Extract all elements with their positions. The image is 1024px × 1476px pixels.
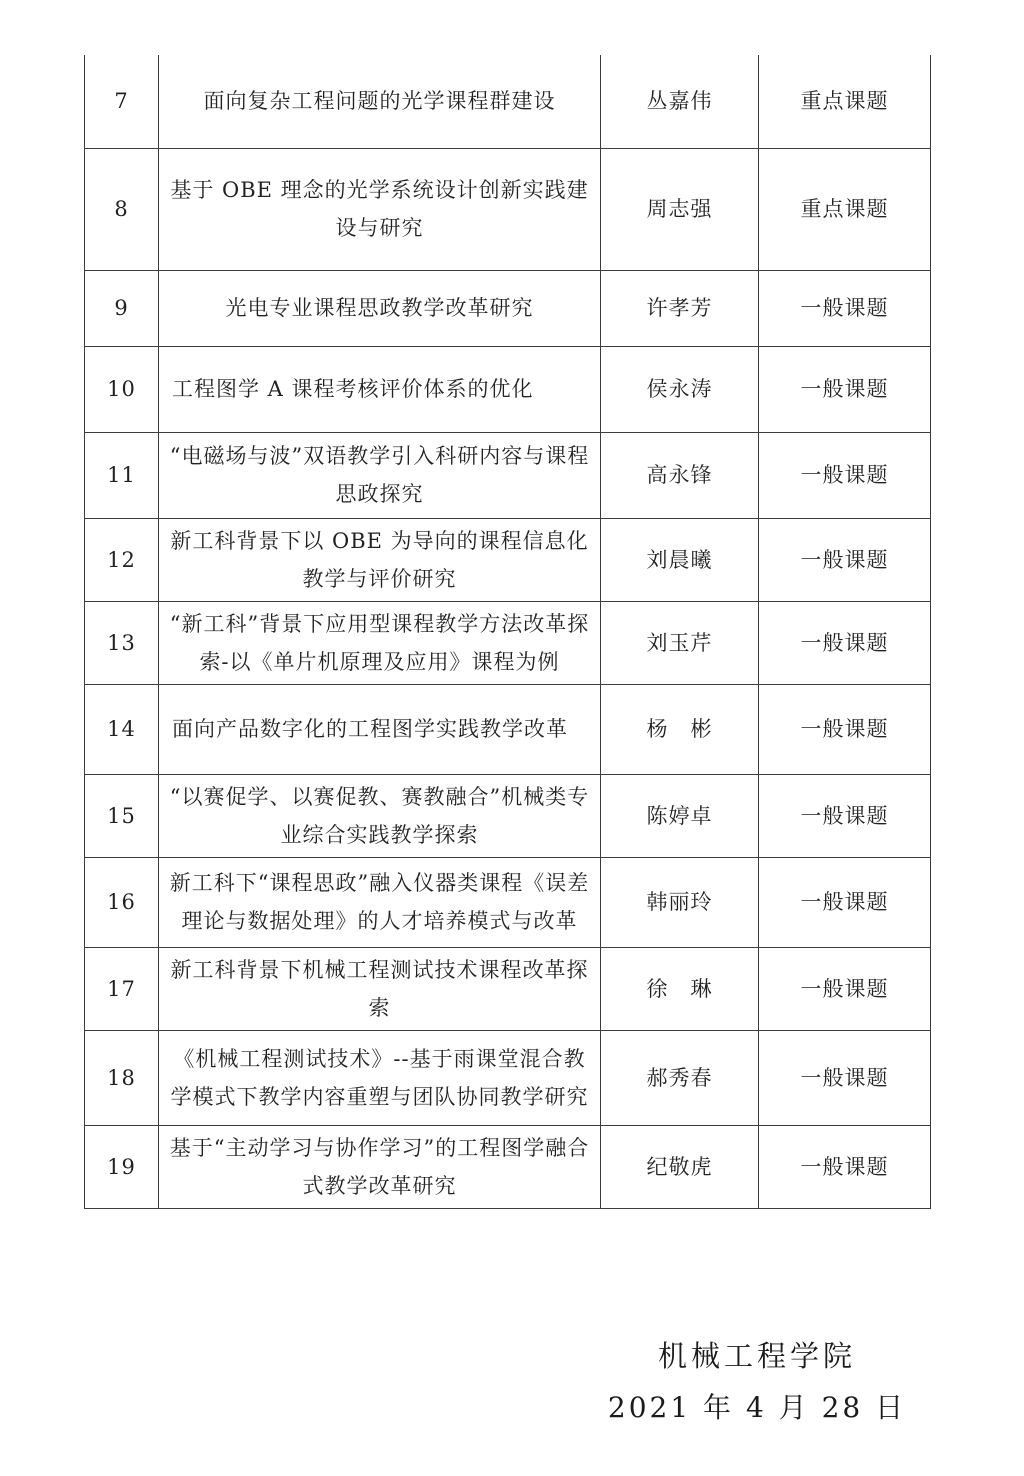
row-number: 7 bbox=[85, 55, 159, 148]
leader-name: 刘晨曦 bbox=[601, 518, 759, 601]
project-title: 光电专业课程思政教学改革研究 bbox=[159, 270, 601, 346]
leader-name: 徐 琳 bbox=[601, 947, 759, 1030]
table-row: 12新工科背景下以 OBE 为导向的课程信息化教学与评价研究刘晨曦一般课题 bbox=[85, 518, 931, 601]
category-label: 一般课题 bbox=[759, 432, 931, 518]
row-number: 8 bbox=[85, 148, 159, 270]
leader-name: 许孝芳 bbox=[601, 270, 759, 346]
table-row: 14面向产品数字化的工程图学实践教学改革杨 彬一般课题 bbox=[85, 684, 931, 774]
leader-name: 周志强 bbox=[601, 148, 759, 270]
project-title: 《机械工程测试技术》--基于雨课堂混合教学模式下教学内容重塑与团队协同教学研究 bbox=[159, 1030, 601, 1125]
table-row: 13“新工科”背景下应用型课程教学方法改革探索-以《单片机原理及应用》课程为例刘… bbox=[85, 601, 931, 684]
row-number: 18 bbox=[85, 1030, 159, 1125]
row-number: 19 bbox=[85, 1125, 159, 1208]
leader-name: 杨 彬 bbox=[601, 684, 759, 774]
projects-table: 7面向复杂工程问题的光学课程群建设丛嘉伟重点课题8基于 OBE 理念的光学系统设… bbox=[84, 55, 931, 1209]
category-label: 一般课题 bbox=[759, 1125, 931, 1208]
row-number: 10 bbox=[85, 346, 159, 432]
project-title: “电磁场与波”双语教学引入科研内容与课程思政探究 bbox=[159, 432, 601, 518]
table-row: 18《机械工程测试技术》--基于雨课堂混合教学模式下教学内容重塑与团队协同教学研… bbox=[85, 1030, 931, 1125]
row-number: 15 bbox=[85, 774, 159, 857]
project-title: 面向复杂工程问题的光学课程群建设 bbox=[159, 55, 601, 148]
table-row: 19基于“主动学习与协作学习”的工程图学融合式教学改革研究纪敬虎一般课题 bbox=[85, 1125, 931, 1208]
category-label: 重点课题 bbox=[759, 148, 931, 270]
row-number: 12 bbox=[85, 518, 159, 601]
leader-name: 丛嘉伟 bbox=[601, 55, 759, 148]
table-row: 9光电专业课程思政教学改革研究许孝芳一般课题 bbox=[85, 270, 931, 346]
project-title: “新工科”背景下应用型课程教学方法改革探索-以《单片机原理及应用》课程为例 bbox=[159, 601, 601, 684]
signature-block: 机械工程学院 2021 年 4 月 28 日 bbox=[557, 1338, 957, 1426]
leader-name: 陈婷卓 bbox=[601, 774, 759, 857]
project-title: 工程图学 A 课程考核评价体系的优化 bbox=[159, 346, 601, 432]
project-title: 面向产品数字化的工程图学实践教学改革 bbox=[159, 684, 601, 774]
category-label: 一般课题 bbox=[759, 857, 931, 947]
row-number: 13 bbox=[85, 601, 159, 684]
project-title: 新工科背景下以 OBE 为导向的课程信息化教学与评价研究 bbox=[159, 518, 601, 601]
leader-name: 刘玉芹 bbox=[601, 601, 759, 684]
row-number: 16 bbox=[85, 857, 159, 947]
table-row: 15“以赛促学、以赛促教、赛教融合”机械类专业综合实践教学探索陈婷卓一般课题 bbox=[85, 774, 931, 857]
leader-name: 郝秀春 bbox=[601, 1030, 759, 1125]
category-label: 一般课题 bbox=[759, 270, 931, 346]
project-title: 新工科背景下机械工程测试技术课程改革探索 bbox=[159, 947, 601, 1030]
category-label: 一般课题 bbox=[759, 1030, 931, 1125]
category-label: 重点课题 bbox=[759, 55, 931, 148]
category-label: 一般课题 bbox=[759, 518, 931, 601]
project-title: 新工科下“课程思政”融入仪器类课程《误差理论与数据处理》的人才培养模式与改革 bbox=[159, 857, 601, 947]
category-label: 一般课题 bbox=[759, 947, 931, 1030]
row-number: 17 bbox=[85, 947, 159, 1030]
projects-table-body: 7面向复杂工程问题的光学课程群建设丛嘉伟重点课题8基于 OBE 理念的光学系统设… bbox=[85, 55, 931, 1208]
table-row: 8基于 OBE 理念的光学系统设计创新实践建设与研究周志强重点课题 bbox=[85, 148, 931, 270]
table-row: 11“电磁场与波”双语教学引入科研内容与课程思政探究高永锋一般课题 bbox=[85, 432, 931, 518]
category-label: 一般课题 bbox=[759, 684, 931, 774]
leader-name: 侯永涛 bbox=[601, 346, 759, 432]
table-row: 7面向复杂工程问题的光学课程群建设丛嘉伟重点课题 bbox=[85, 55, 931, 148]
leader-name: 纪敬虎 bbox=[601, 1125, 759, 1208]
project-title: 基于“主动学习与协作学习”的工程图学融合式教学改革研究 bbox=[159, 1125, 601, 1208]
row-number: 9 bbox=[85, 270, 159, 346]
category-label: 一般课题 bbox=[759, 346, 931, 432]
project-title: 基于 OBE 理念的光学系统设计创新实践建设与研究 bbox=[159, 148, 601, 270]
table-row: 16新工科下“课程思政”融入仪器类课程《误差理论与数据处理》的人才培养模式与改革… bbox=[85, 857, 931, 947]
category-label: 一般课题 bbox=[759, 601, 931, 684]
category-label: 一般课题 bbox=[759, 774, 931, 857]
row-number: 14 bbox=[85, 684, 159, 774]
document-page: 7面向复杂工程问题的光学课程群建设丛嘉伟重点课题8基于 OBE 理念的光学系统设… bbox=[0, 0, 1024, 1476]
table-row: 10工程图学 A 课程考核评价体系的优化侯永涛一般课题 bbox=[85, 346, 931, 432]
signature-date: 2021 年 4 月 28 日 bbox=[557, 1390, 957, 1426]
row-number: 11 bbox=[85, 432, 159, 518]
leader-name: 高永锋 bbox=[601, 432, 759, 518]
leader-name: 韩丽玲 bbox=[601, 857, 759, 947]
signature-org: 机械工程学院 bbox=[557, 1338, 957, 1374]
table-row: 17新工科背景下机械工程测试技术课程改革探索徐 琳一般课题 bbox=[85, 947, 931, 1030]
project-title: “以赛促学、以赛促教、赛教融合”机械类专业综合实践教学探索 bbox=[159, 774, 601, 857]
